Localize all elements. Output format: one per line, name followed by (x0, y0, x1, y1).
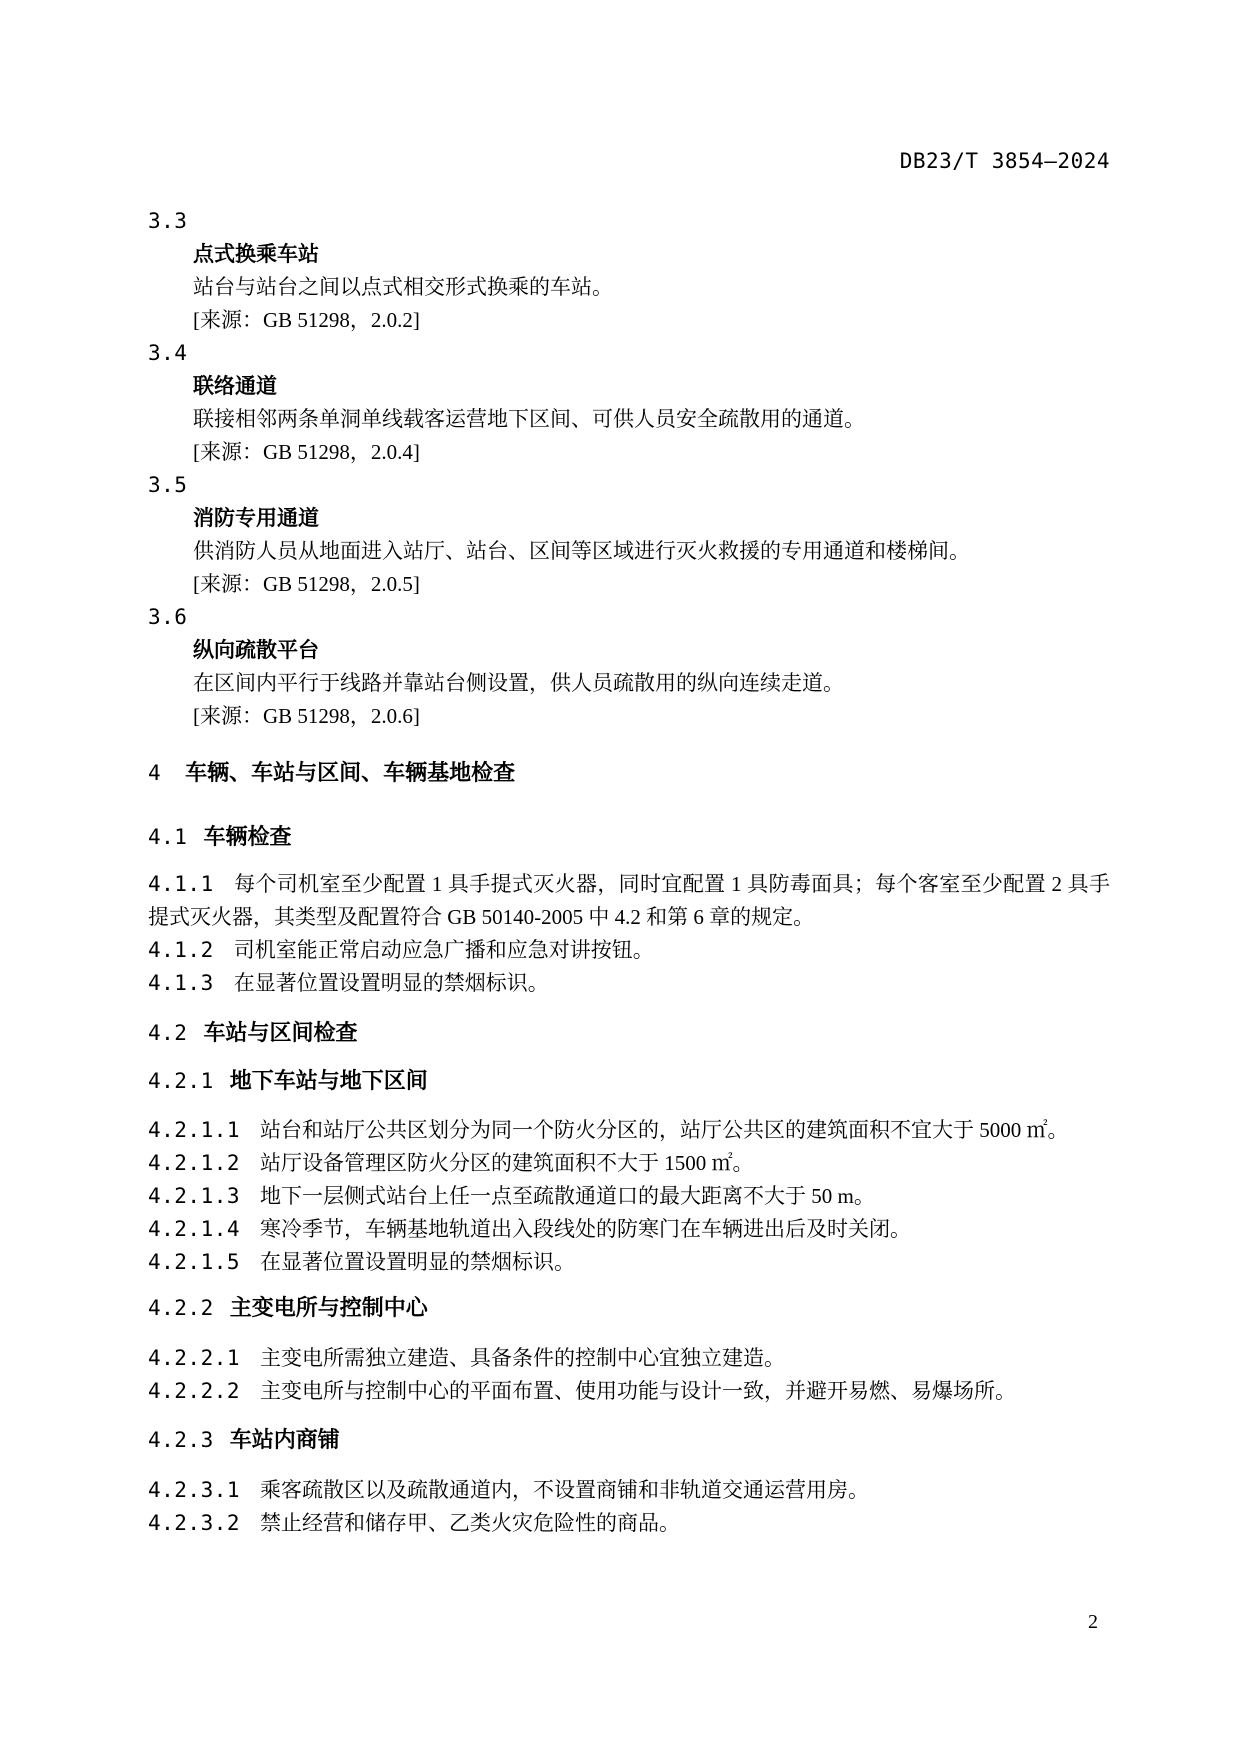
term-definition: 供消防人员从地面进入站厅、站台、区间等区域进行灭火救援的专用通道和楼梯间。 (148, 535, 1110, 568)
terms-section: 3.3 点式换乘车站 站台与站台之间以点式相交形式换乘的车站。 [来源：GB 5… (148, 205, 1110, 733)
document-page: DB23/T 3854—2024 3.3 点式换乘车站 站台与站台之间以点式相交… (0, 0, 1241, 1755)
subsection-heading-4-2-2: 4.2.2主变电所与控制中心 (148, 1295, 1110, 1321)
clause-number: 4.2.1.4 (148, 1217, 240, 1241)
clause-4-2-1-2: 4.2.1.2站厅设备管理区防火分区的建筑面积不大于 1500 ㎡。 (148, 1147, 1110, 1180)
subsection-heading-4-2-1: 4.2.1地下车站与地下区间 (148, 1068, 1110, 1094)
subsection-heading-4-2-3: 4.2.3车站内商铺 (148, 1427, 1110, 1453)
term-definition: 在区间内平行于线路并靠站台侧设置，供人员疏散用的纵向连续走道。 (148, 667, 1110, 700)
term-title: 联络通道 (148, 370, 1110, 403)
section-heading-4-2: 4.2车站与区间检查 (148, 1020, 1110, 1046)
section-title: 车辆检查 (203, 824, 291, 849)
term-source: [来源：GB 51298，2.0.4] (148, 436, 1110, 469)
chapter-heading: 4车辆、车站与区间、车辆基地检查 (148, 760, 1110, 786)
term-block-3-4: 3.4 联络通道 联接相邻两条单洞单线载客运营地下区间、可供人员安全疏散用的通道… (148, 337, 1110, 469)
clause-text: 在显著位置设置明显的禁烟标识。 (260, 1250, 575, 1274)
subsection-number: 4.2.3 (148, 1428, 214, 1452)
clause-4-2-2-1: 4.2.2.1主变电所需独立建造、具备条件的控制中心宜独立建造。 (148, 1342, 1110, 1375)
clause-text: 每个司机室至少配置 1 具手提式灭火器，同时宜配置 1 具防毒面具；每个客室至少… (148, 872, 1110, 929)
clause-text: 主变电所与控制中心的平面布置、使用功能与设计一致，并避开易燃、易爆场所。 (260, 1379, 1016, 1403)
clause-number: 4.2.3.2 (148, 1511, 240, 1535)
term-block-3-6: 3.6 纵向疏散平台 在区间内平行于线路并靠站台侧设置，供人员疏散用的纵向连续走… (148, 601, 1110, 733)
term-number: 3.4 (148, 337, 1110, 370)
subsection-number: 4.2.2 (148, 1296, 214, 1320)
section-heading-4-1: 4.1车辆检查 (148, 824, 1110, 850)
clause-number: 4.2.2.1 (148, 1346, 240, 1370)
section-number: 4.1 (148, 825, 187, 849)
clause-number: 4.1.2 (148, 938, 214, 962)
clause-text: 地下一层侧式站台上任一点至疏散通道口的最大距离不大于 50 m。 (260, 1184, 875, 1208)
clause-4-1-2: 4.1.2司机室能正常启动应急广播和应急对讲按钮。 (148, 934, 1110, 967)
clause-text: 寒冷季节，车辆基地轨道出入段线处的防寒门在车辆进出后及时关闭。 (260, 1217, 911, 1241)
term-title: 点式换乘车站 (148, 238, 1110, 271)
clause-number: 4.1.1 (148, 872, 214, 896)
term-source: [来源：GB 51298，2.0.6] (148, 700, 1110, 733)
clause-number: 4.2.1.3 (148, 1184, 240, 1208)
subsection-title: 主变电所与控制中心 (230, 1295, 428, 1320)
subsection-title: 车站内商铺 (230, 1427, 340, 1452)
clause-text: 司机室能正常启动应急广播和应急对讲按钮。 (234, 938, 654, 962)
clause-number: 4.1.3 (148, 971, 214, 995)
clause-4-2-3-1: 4.2.3.1乘客疏散区以及疏散通道内，不设置商铺和非轨道交通运营用房。 (148, 1474, 1110, 1507)
clause-4-2-1-1: 4.2.1.1站台和站厅公共区划分为同一个防火分区的，站厅公共区的建筑面积不宜大… (148, 1114, 1110, 1147)
clause-4-2-1-4: 4.2.1.4寒冷季节，车辆基地轨道出入段线处的防寒门在车辆进出后及时关闭。 (148, 1213, 1110, 1246)
term-title: 消防专用通道 (148, 502, 1110, 535)
chapter-number: 4 (148, 761, 161, 785)
clause-4-2-1-5: 4.2.1.5在显著位置设置明显的禁烟标识。 (148, 1246, 1110, 1279)
term-title: 纵向疏散平台 (148, 634, 1110, 667)
term-definition: 联接相邻两条单洞单线载客运营地下区间、可供人员安全疏散用的通道。 (148, 403, 1110, 436)
section-title: 车站与区间检查 (203, 1020, 357, 1045)
clause-number: 4.2.3.1 (148, 1478, 240, 1502)
clause-text: 主变电所需独立建造、具备条件的控制中心宜独立建造。 (260, 1346, 785, 1370)
term-number: 3.5 (148, 469, 1110, 502)
term-number: 3.3 (148, 205, 1110, 238)
clause-text: 禁止经营和储存甲、乙类火灾危险性的商品。 (260, 1511, 680, 1535)
clause-text: 在显著位置设置明显的禁烟标识。 (234, 971, 549, 995)
clause-4-1-3: 4.1.3在显著位置设置明显的禁烟标识。 (148, 967, 1110, 1000)
subsection-number: 4.2.1 (148, 1069, 214, 1093)
clause-number: 4.2.1.5 (148, 1250, 240, 1274)
section-number: 4.2 (148, 1021, 187, 1045)
term-number: 3.6 (148, 601, 1110, 634)
clause-4-1-1: 4.1.1每个司机室至少配置 1 具手提式灭火器，同时宜配置 1 具防毒面具；每… (148, 868, 1110, 934)
page-number: 2 (1088, 1610, 1098, 1634)
term-block-3-5: 3.5 消防专用通道 供消防人员从地面进入站厅、站台、区间等区域进行灭火救援的专… (148, 469, 1110, 601)
clause-4-2-1-3: 4.2.1.3地下一层侧式站台上任一点至疏散通道口的最大距离不大于 50 m。 (148, 1180, 1110, 1213)
chapter-title: 车辆、车站与区间、车辆基地检查 (185, 760, 515, 785)
subsection-title: 地下车站与地下区间 (230, 1068, 428, 1093)
clause-4-2-3-2: 4.2.3.2禁止经营和储存甲、乙类火灾危险性的商品。 (148, 1507, 1110, 1540)
clause-text: 站台和站厅公共区划分为同一个防火分区的，站厅公共区的建筑面积不宜大于 5000 … (260, 1118, 1069, 1142)
clause-text: 乘客疏散区以及疏散通道内，不设置商铺和非轨道交通运营用房。 (260, 1478, 869, 1502)
term-block-3-3: 3.3 点式换乘车站 站台与站台之间以点式相交形式换乘的车站。 [来源：GB 5… (148, 205, 1110, 337)
term-definition: 站台与站台之间以点式相交形式换乘的车站。 (148, 271, 1110, 304)
term-source: [来源：GB 51298，2.0.2] (148, 304, 1110, 337)
clause-number: 4.2.1.2 (148, 1151, 240, 1175)
clause-text: 站厅设备管理区防火分区的建筑面积不大于 1500 ㎡。 (260, 1151, 754, 1175)
document-content: 3.3 点式换乘车站 站台与站台之间以点式相交形式换乘的车站。 [来源：GB 5… (148, 0, 1110, 1540)
clause-4-2-2-2: 4.2.2.2主变电所与控制中心的平面布置、使用功能与设计一致，并避开易燃、易爆… (148, 1375, 1110, 1408)
clause-number: 4.2.2.2 (148, 1379, 240, 1403)
clause-number: 4.2.1.1 (148, 1118, 240, 1142)
term-source: [来源：GB 51298，2.0.5] (148, 568, 1110, 601)
